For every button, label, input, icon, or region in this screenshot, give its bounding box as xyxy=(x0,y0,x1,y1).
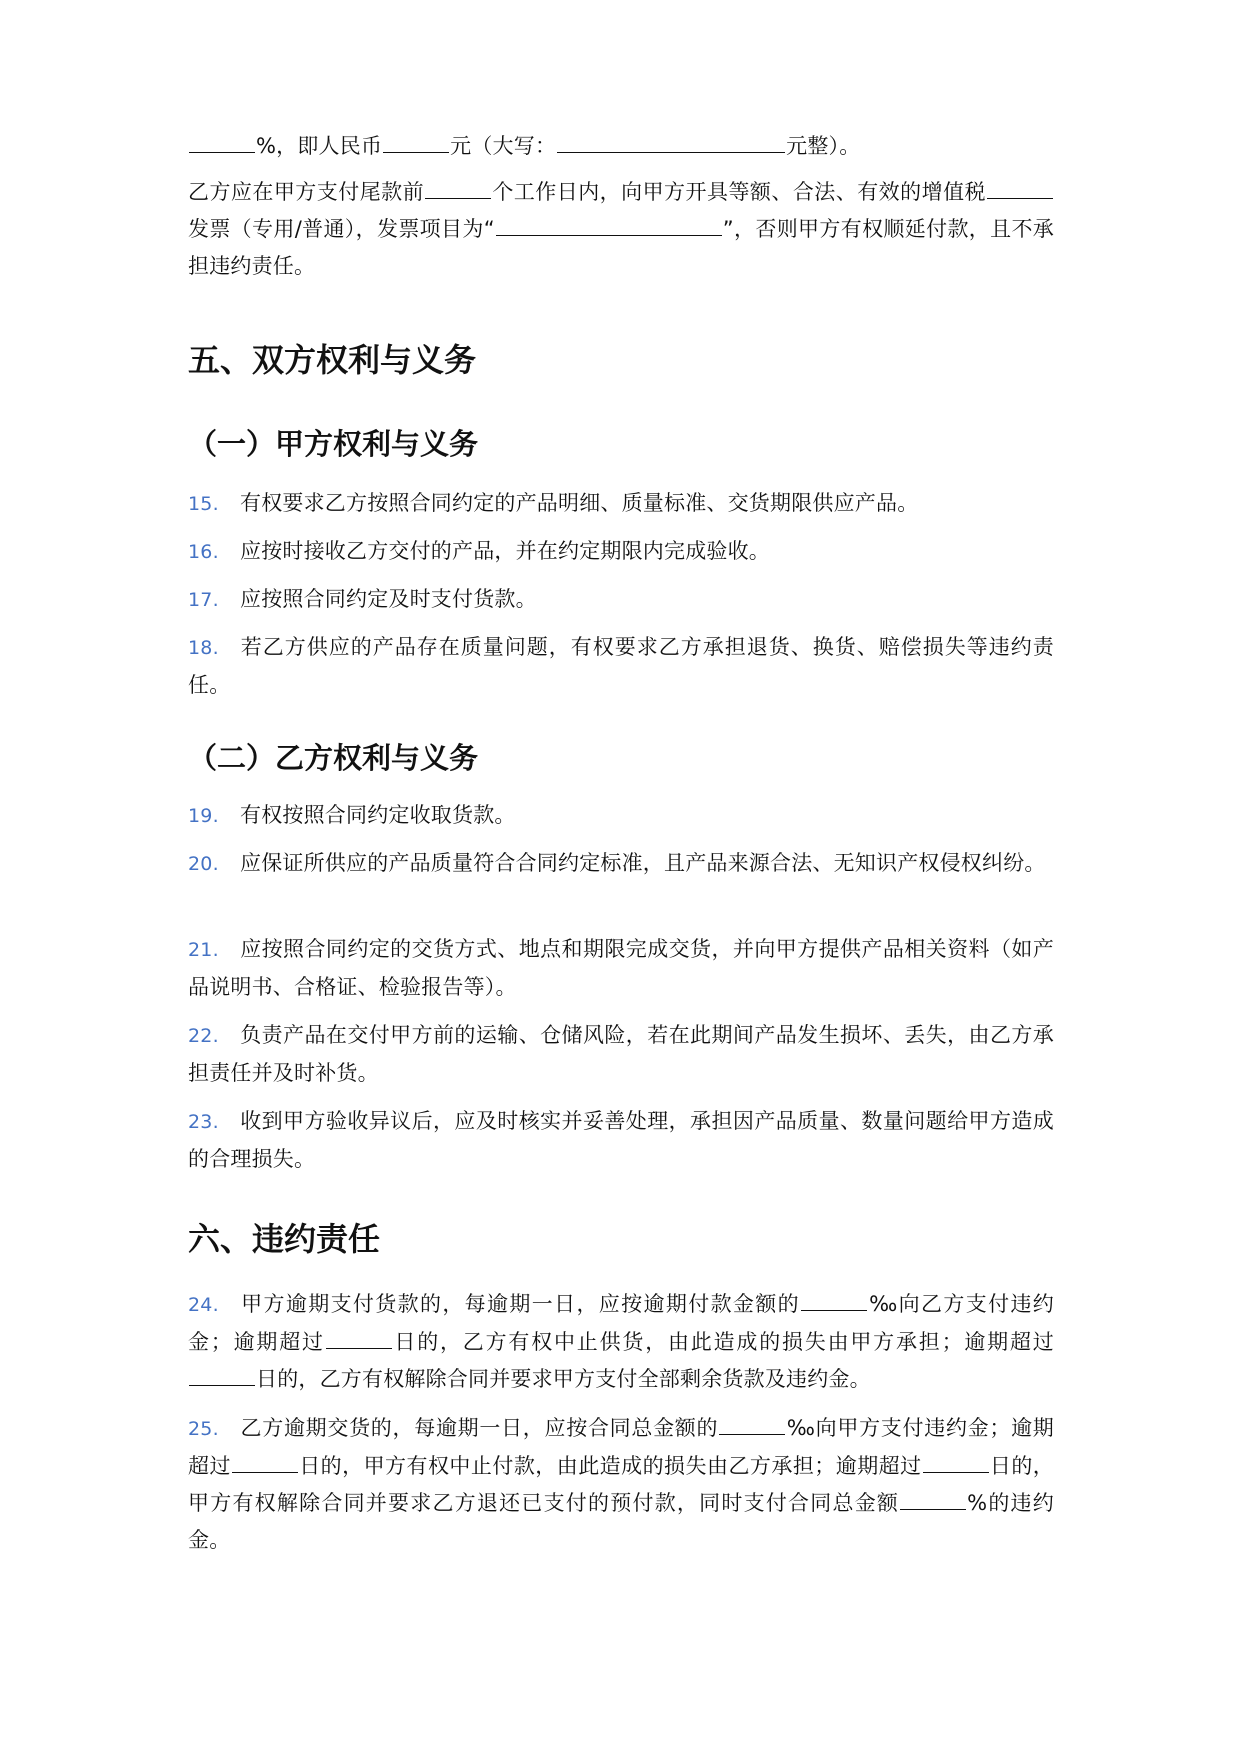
blank-field[interactable] xyxy=(923,1450,989,1473)
list-item: 17.应按照合同约定及时支付货款。 xyxy=(188,581,1054,619)
subsection-title: （二）乙方权利与义务 xyxy=(188,738,478,778)
list-item: 23.收到甲方验收异议后，应及时核实并妥善处理，承担因产品质量、数量问题给甲方造… xyxy=(188,1103,1054,1178)
list-item: 15.有权要求乙方按照合同约定的产品明细、质量标准、交货期限供应产品。 xyxy=(188,485,1054,523)
blank-field[interactable] xyxy=(801,1288,867,1311)
blank-field[interactable] xyxy=(557,130,785,153)
list-item: 18.若乙方供应的产品存在质量问题，有权要求乙方承担退货、换货、赔偿损失等违约责… xyxy=(188,629,1054,704)
blank-field[interactable] xyxy=(496,213,722,236)
payment-amount-line: %，即人民币元（大写：元整）。 xyxy=(188,128,1054,165)
list-item: 21.应按照合同约定的交货方式、地点和期限完成交货，并向甲方提供产品相关资料（如… xyxy=(188,931,1054,1006)
blank-field[interactable] xyxy=(987,176,1053,199)
section-title: 六、违约责任 xyxy=(188,1219,380,1259)
blank-field[interactable] xyxy=(900,1487,966,1510)
list-item: 19.有权按照合同约定收取货款。 xyxy=(188,797,1054,835)
subsection-title: （一）甲方权利与义务 xyxy=(188,424,478,464)
list-item-penalty-seller: 25.乙方逾期交货的，每逾期一日，应按合同总金额的‰向甲方支付违约金；逾期超过日… xyxy=(188,1410,1054,1559)
invoice-paragraph: 乙方应在甲方支付尾款前个工作日内，向甲方开具等额、合法、有效的增值税发票（专用/… xyxy=(188,174,1054,285)
blank-field[interactable] xyxy=(383,130,449,153)
blank-field[interactable] xyxy=(425,176,491,199)
blank-field[interactable] xyxy=(719,1412,785,1435)
list-item: 16.应按时接收乙方交付的产品，并在约定期限内完成验收。 xyxy=(188,533,1054,571)
blank-field[interactable] xyxy=(232,1450,298,1473)
blank-field[interactable] xyxy=(189,1363,255,1386)
list-item: 22.负责产品在交付甲方前的运输、仓储风险，若在此期间产品发生损坏、丢失，由乙方… xyxy=(188,1017,1054,1092)
blank-field[interactable] xyxy=(326,1326,392,1349)
list-item: 20.应保证所供应的产品质量符合合同约定标准，且产品来源合法、无知识产权侵权纠纷… xyxy=(188,845,1054,883)
section-title: 五、双方权利与义务 xyxy=(188,340,476,380)
blank-field[interactable] xyxy=(189,130,255,153)
list-item-penalty-buyer: 24.甲方逾期支付货款的，每逾期一日，应按逾期付款金额的‰向乙方支付违约金；逾期… xyxy=(188,1286,1054,1398)
